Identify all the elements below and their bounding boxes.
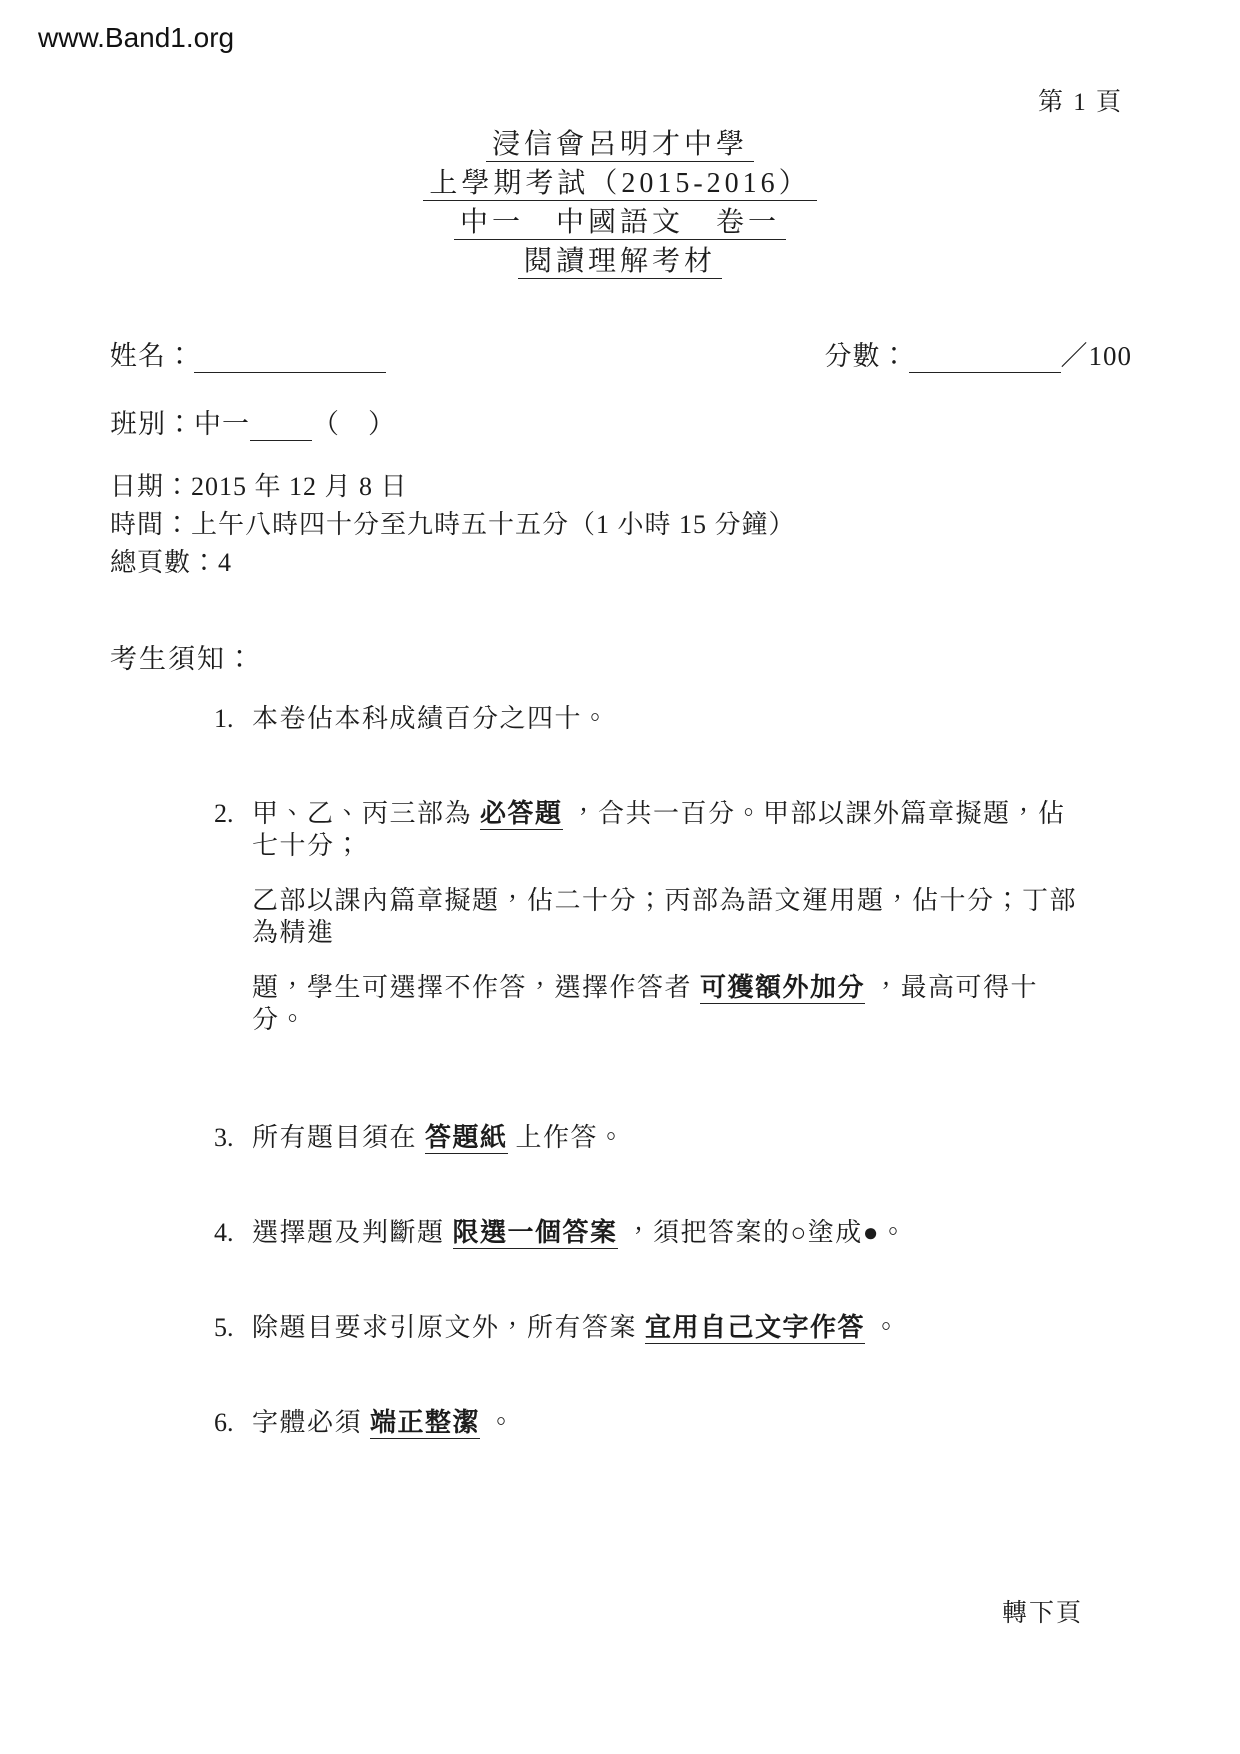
instruction-number: 1. (214, 703, 252, 735)
plain-text: 題，學生可選擇不作答，選擇作答者 (252, 973, 700, 1002)
instruction-item-6: 6.字體必須 端正整潔 。 (214, 1407, 1086, 1439)
emphasized-phrase: 宜用自己文字作答 (645, 1313, 865, 1344)
school-name-line: 浸信會呂明才中學 (0, 130, 1240, 162)
instruction-line: 字體必須 端正整潔 。 (252, 1407, 1086, 1439)
instruction-line: 選擇題及判斷題 限選一個答案 ，須把答案的○塗成●。 (252, 1217, 1086, 1249)
instruction-number: 5. (214, 1312, 252, 1344)
score-blank (909, 345, 1061, 373)
subject-title: 中一 中國語文 卷一 (454, 208, 786, 240)
score-field: 分數：／100 (825, 334, 1133, 373)
exam-paper-page: www.Band1.org 第 1 頁 浸信會呂明才中學 上學期考試（2015-… (0, 0, 1240, 1754)
instruction-line: 本卷佔本科成績百分之四十。 (252, 703, 1086, 735)
instruction-line: 乙部以課內篇章擬題，佔二十分；丙部為語文運用題，佔十分；丁部為精進 (252, 885, 1086, 949)
page-number: 第 1 頁 (1038, 82, 1123, 118)
plain-text: 乙部以課內篇章擬題，佔二十分；丙部為語文運用題，佔十分；丁部為精進 (252, 886, 1077, 947)
instruction-number: 6. (214, 1407, 252, 1439)
plain-text: 選擇題及判斷題 (252, 1218, 453, 1247)
subject-line: 中一 中國語文 卷一 (0, 208, 1240, 240)
emphasized-phrase: 限選一個答案 (453, 1218, 618, 1249)
plain-text: 甲、乙、丙三部為 (252, 799, 480, 828)
instructions-list: 1.本卷佔本科成績百分之四十。2.甲、乙、丙三部為 必答題 ，合共一百分。甲部以… (214, 703, 1086, 1439)
site-watermark: www.Band1.org (38, 22, 234, 54)
plain-text: 本卷佔本科成績百分之四十。 (252, 704, 610, 733)
class-blank (250, 413, 312, 441)
name-blank (194, 345, 386, 373)
instruction-item-1: 1.本卷佔本科成績百分之四十。 (214, 703, 1086, 735)
name-score-row: 姓名： 分數：／100 (110, 334, 1132, 373)
school-name: 浸信會呂明才中學 (486, 130, 754, 162)
instruction-text: 本卷佔本科成績百分之四十。 (252, 703, 1086, 735)
instruction-item-3: 3.所有題目須在 答題紙 上作答。 (214, 1122, 1086, 1154)
title-block: 浸信會呂明才中學 上學期考試（2015-2016） 中一 中國語文 卷一 閱讀理… (0, 130, 1240, 286)
next-page-note: 轉下頁 (1002, 1593, 1083, 1629)
exam-date: 日期：2015 年 12 月 8 日 (110, 468, 796, 506)
name-label: 姓名： (110, 341, 194, 371)
instruction-text: 甲、乙、丙三部為 必答題 ，合共一百分。甲部以課外篇章擬題，佔七十分；乙部以課內… (252, 798, 1086, 1059)
instruction-line: 除題目要求引原文外，所有答案 宜用自己文字作答 。 (252, 1312, 1086, 1344)
plain-text: 字體必須 (252, 1408, 370, 1437)
plain-text: 。 (480, 1408, 516, 1437)
exam-meta-block: 日期：2015 年 12 月 8 日 時間：上午八時四十分至九時五十五分（1 小… (110, 468, 796, 582)
instruction-item-5: 5.除題目要求引原文外，所有答案 宜用自己文字作答 。 (214, 1312, 1086, 1344)
class-label: 班別：中一 (110, 409, 250, 439)
emphasized-phrase: 端正整潔 (370, 1408, 480, 1439)
instruction-line: 所有題目須在 答題紙 上作答。 (252, 1122, 1086, 1154)
instruction-number: 2. (214, 798, 252, 1059)
exam-time: 時間：上午八時四十分至九時五十五分（1 小時 15 分鐘） (110, 506, 796, 544)
emphasized-phrase: 必答題 (480, 799, 563, 830)
plain-text: ，須把答案的○塗成●。 (618, 1218, 908, 1247)
instruction-text: 選擇題及判斷題 限選一個答案 ，須把答案的○塗成●。 (252, 1217, 1086, 1249)
emphasized-phrase: 答題紙 (425, 1123, 508, 1154)
paper-type-line: 閱讀理解考材 (0, 247, 1240, 279)
instruction-number: 3. (214, 1122, 252, 1154)
instruction-text: 所有題目須在 答題紙 上作答。 (252, 1122, 1086, 1154)
emphasized-phrase: 可獲額外加分 (700, 973, 865, 1004)
class-group-parens: （ ） (312, 409, 396, 439)
plain-text: 上作答。 (508, 1123, 626, 1152)
plain-text: 除題目要求引原文外，所有答案 (252, 1313, 645, 1342)
score-label: 分數： (825, 341, 909, 371)
plain-text: 。 (865, 1313, 901, 1342)
score-denominator: ／100 (1061, 341, 1133, 371)
name-field: 姓名： (110, 334, 386, 373)
instruction-line: 甲、乙、丙三部為 必答題 ，合共一百分。甲部以課外篇章擬題，佔七十分； (252, 798, 1086, 862)
instruction-text: 除題目要求引原文外，所有答案 宜用自己文字作答 。 (252, 1312, 1086, 1344)
instruction-item-2: 2.甲、乙、丙三部為 必答題 ，合共一百分。甲部以課外篇章擬題，佔七十分；乙部以… (214, 798, 1086, 1059)
instruction-line: 題，學生可選擇不作答，選擇作答者 可獲額外加分 ，最高可得十分。 (252, 972, 1086, 1036)
instruction-number: 4. (214, 1217, 252, 1249)
instruction-text: 字體必須 端正整潔 。 (252, 1407, 1086, 1439)
exam-term: 上學期考試（2015-2016） (423, 169, 816, 201)
class-row: 班別：中一（ ） (110, 402, 1132, 441)
total-pages: 總頁數：4 (110, 544, 796, 582)
instruction-item-4: 4.選擇題及判斷題 限選一個答案 ，須把答案的○塗成●。 (214, 1217, 1086, 1249)
paper-type: 閱讀理解考材 (518, 247, 722, 279)
exam-term-line: 上學期考試（2015-2016） (0, 169, 1240, 201)
plain-text: 所有題目須在 (252, 1123, 425, 1152)
notice-heading: 考生須知： (110, 637, 255, 676)
